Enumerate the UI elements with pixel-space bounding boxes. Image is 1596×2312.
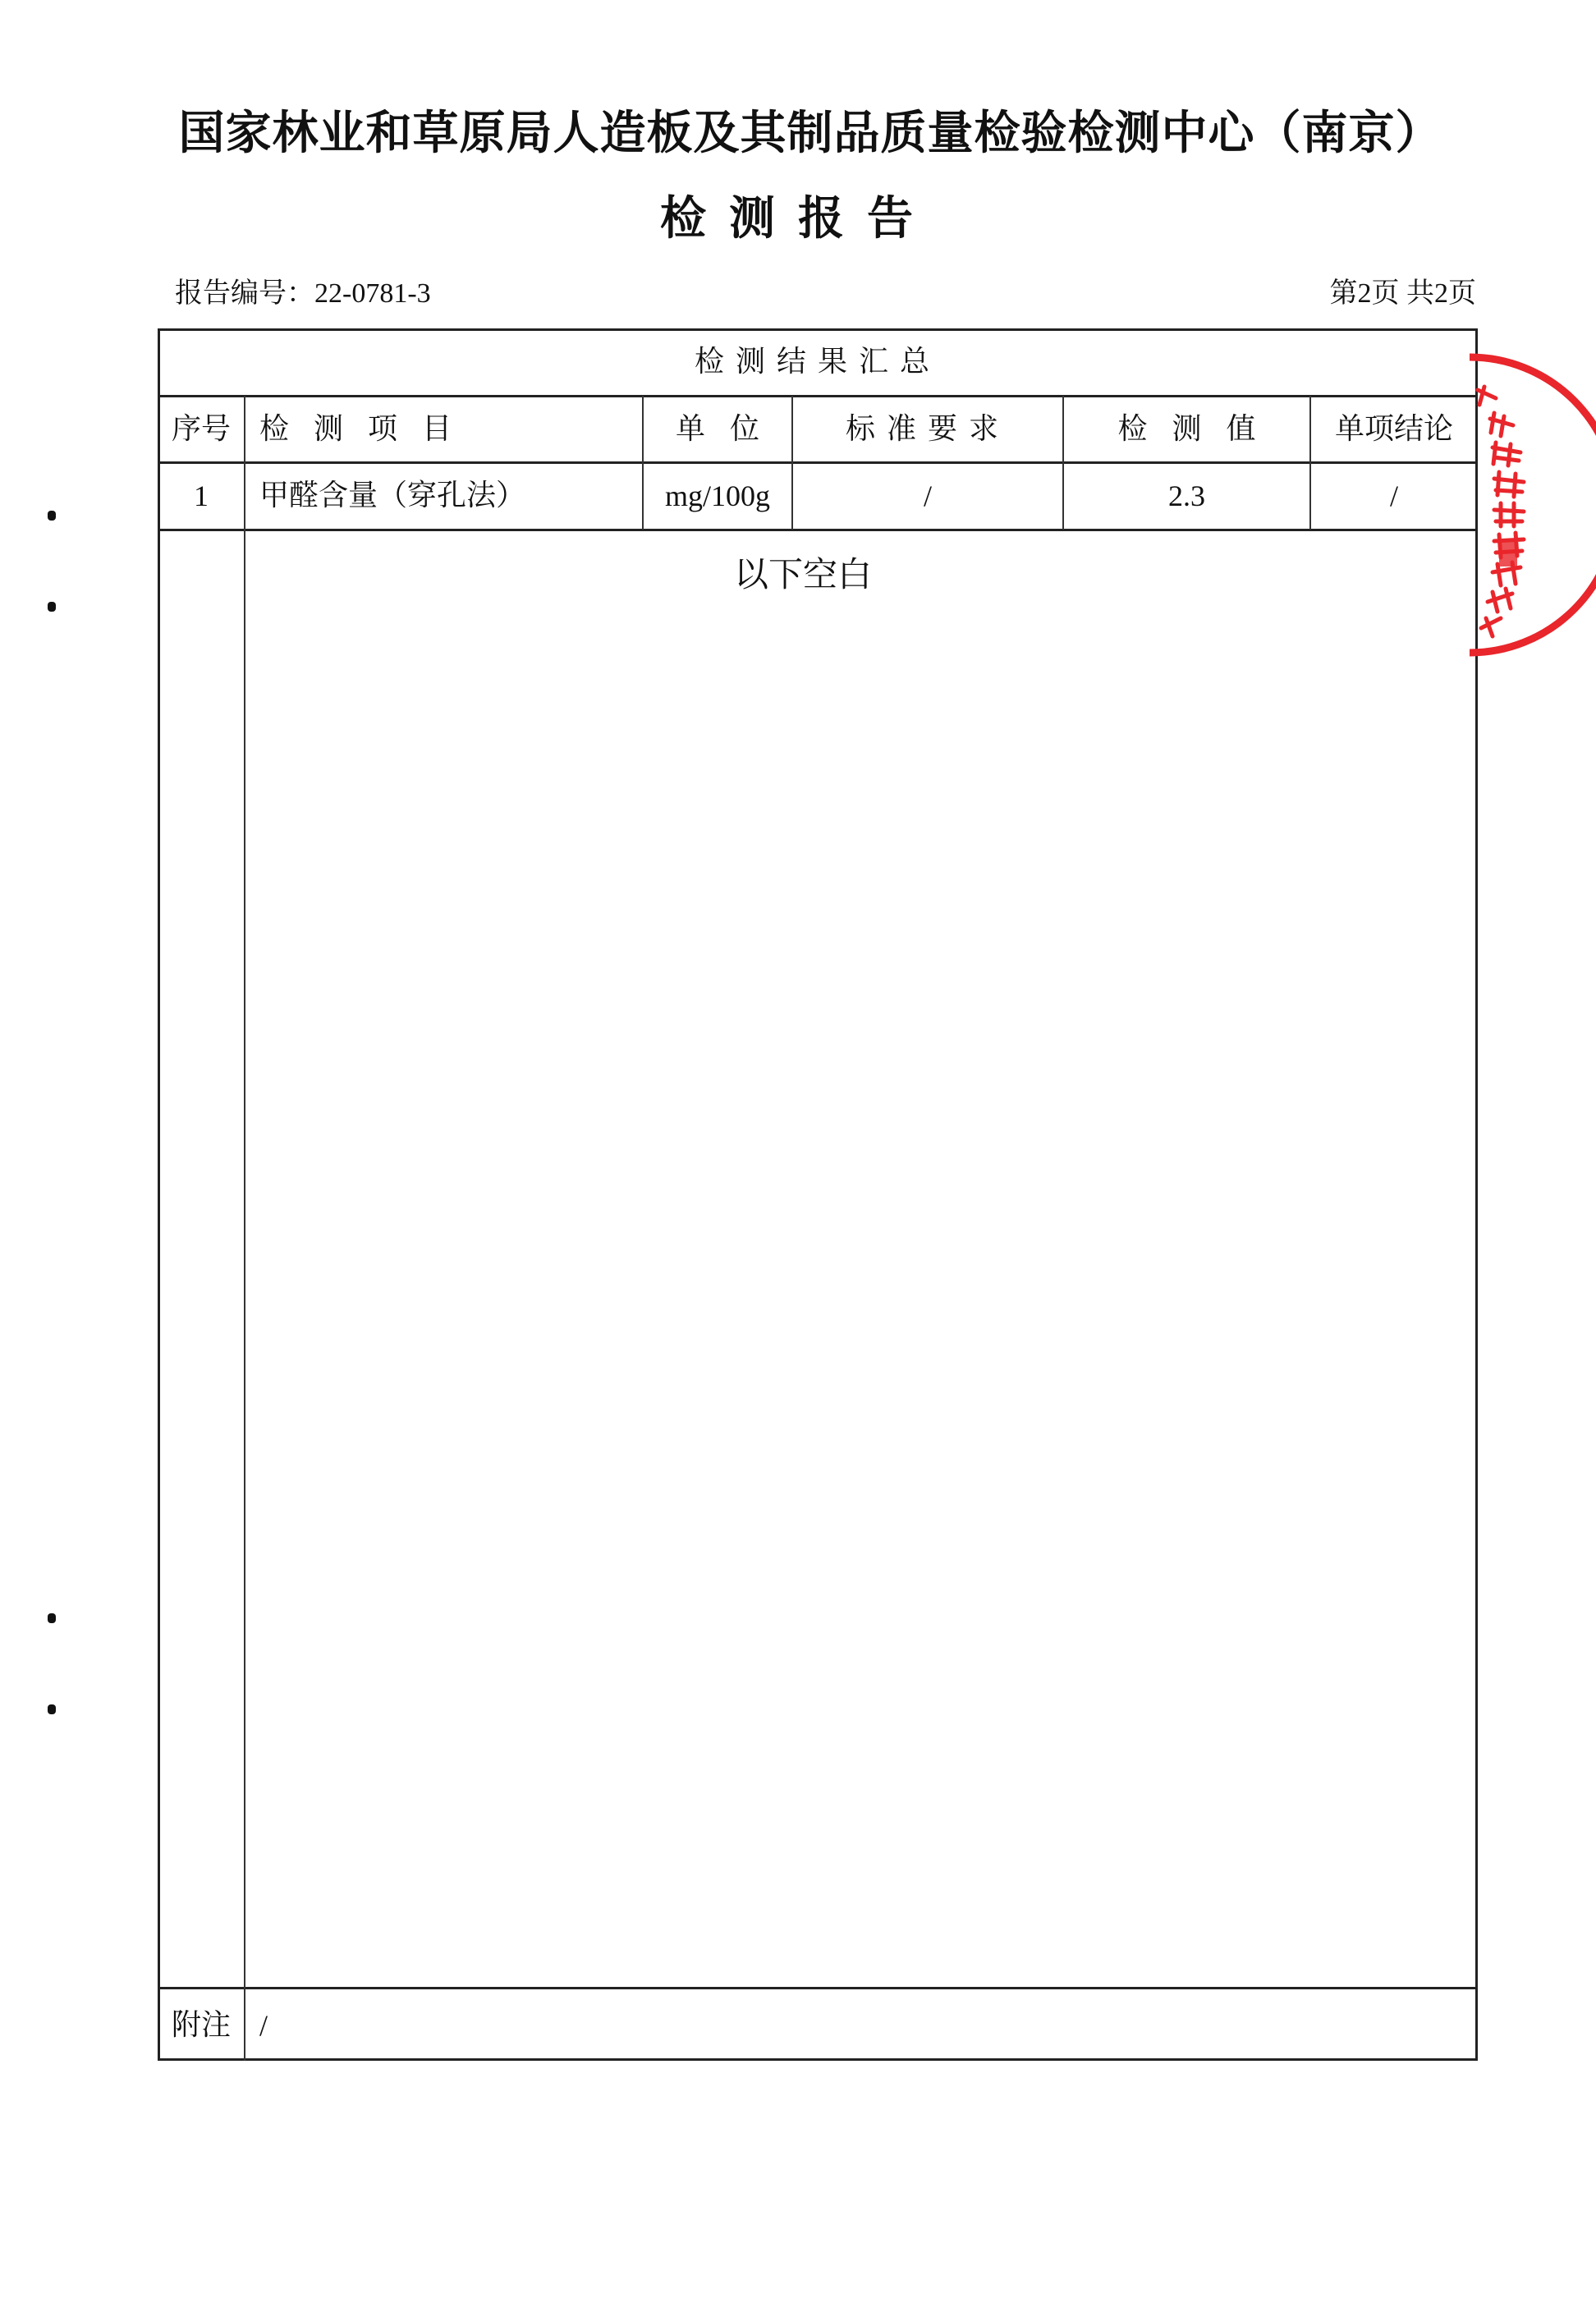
binding-hole-mark (48, 1613, 56, 1623)
binding-hole-mark (48, 1704, 56, 1714)
page-indicator: 第2页 共2页 (1330, 276, 1477, 312)
binding-hole-mark (48, 602, 56, 612)
report-number-label: 报告编号： (175, 278, 314, 309)
row-index: 1 (158, 462, 245, 530)
column-header-value: 检测值 (1063, 396, 1310, 462)
column-header-item: 检测项目 (245, 396, 643, 462)
row-measured-value: 2.3 (1063, 462, 1310, 530)
column-header-requirement: 标准要求 (792, 396, 1063, 462)
institution-title: 国家林业和草原局人造板及其制品质量检验检测中心（南京） (0, 105, 1596, 163)
table-section-title: 检测结果汇总 (158, 328, 1478, 396)
row-unit: mg/100g (643, 462, 792, 530)
row-requirement: / (792, 462, 1063, 530)
official-seal-icon (1445, 341, 1596, 669)
report-number-value: 22-0781-3 (314, 278, 431, 309)
column-header-unit: 单位 (643, 396, 792, 462)
remarks-value: / (245, 1989, 1476, 2061)
row-test-item: 甲醛含量（穿孔法） (245, 462, 643, 530)
remarks-label: 附注 (158, 1989, 245, 2061)
blank-below-note: 以下空白 (245, 546, 1361, 603)
binding-hole-mark (48, 511, 56, 521)
column-divider (244, 396, 245, 2061)
report-number: 报告编号：22-0781-3 (175, 276, 431, 312)
document-title: 检测报告 (0, 190, 1596, 248)
column-header-index: 序号 (158, 396, 245, 462)
